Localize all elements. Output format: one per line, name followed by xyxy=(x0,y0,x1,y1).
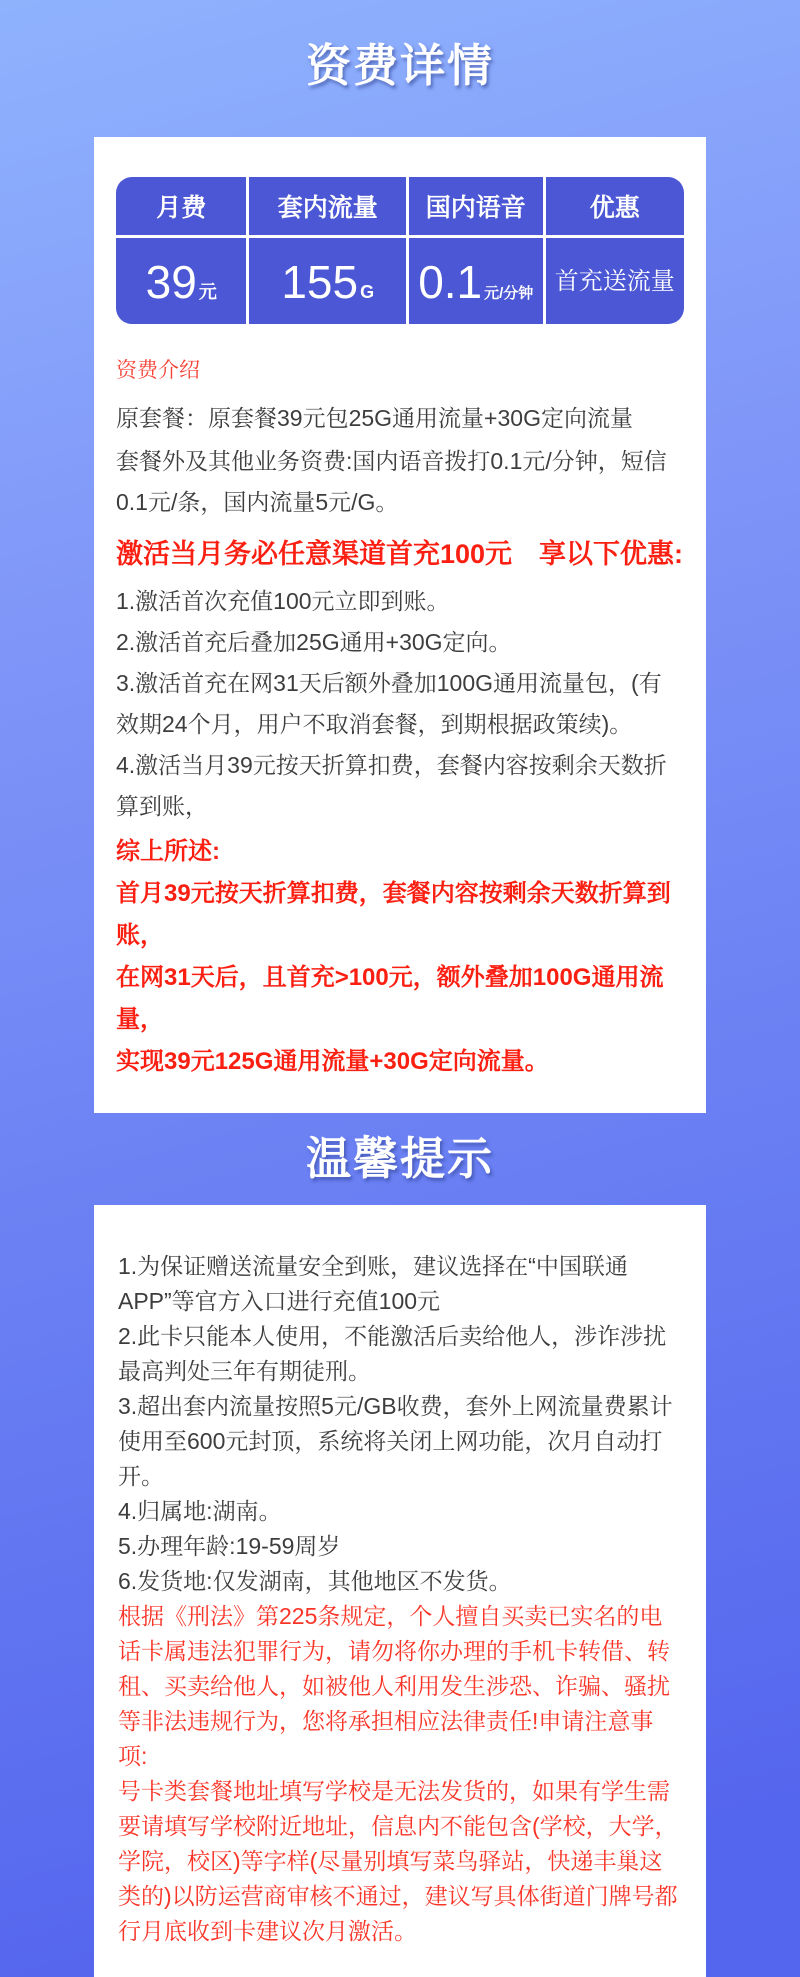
included-data-unit: G xyxy=(360,282,374,303)
included-data-amount: 155 xyxy=(281,252,358,312)
tip-item-6: 6.发货地:仅发湖南，其他地区不发货。 xyxy=(118,1564,682,1599)
voice-rate-amount: 0.1 xyxy=(418,252,482,312)
plan-table-value-row: 39元 155G 0.1元/分钟 首充送流量 xyxy=(116,238,684,324)
monthly-fee-unit: 元 xyxy=(199,278,217,304)
plan-header-monthly-fee: 月费 xyxy=(116,177,246,235)
summary-line-2: 在网31天后，且首充>100元，额外叠加100G通用流量， xyxy=(116,957,684,1041)
tips-section-title: 温馨提示 xyxy=(0,1113,800,1191)
benefit-item-4: 4.激活当月39元按天折算扣费，套餐内容按剩余天数折算到账， xyxy=(116,745,684,827)
plan-value-domestic-voice: 0.1元/分钟 xyxy=(409,238,542,324)
summary-line-3: 实现39元125G通用流量+30G定向流量。 xyxy=(116,1041,684,1083)
fees-card: 月费 套内流量 国内语音 优惠 39元 155G 0.1元/分钟 首充送流量 xyxy=(94,137,706,1113)
voice-rate-unit: 元/分钟 xyxy=(484,282,533,303)
plan-table: 月费 套内流量 国内语音 优惠 39元 155G 0.1元/分钟 首充送流量 xyxy=(116,177,684,324)
tip-item-2: 2.此卡只能本人使用，不能激活后卖给他人，涉诈涉扰最高判处三年有期徒刑。 xyxy=(118,1319,682,1389)
plan-header-domestic-voice: 国内语音 xyxy=(409,177,542,235)
legal-warning-text: 根据《刑法》第225条规定，个人擅自买卖已实名的电话卡属违法犯罪行为，请勿将你办… xyxy=(118,1599,682,1774)
tip-item-5: 5.办理年龄:19-59周岁 xyxy=(118,1529,682,1564)
plan-header-included-data: 套内流量 xyxy=(249,177,406,235)
fees-intro-label: 资费介绍 xyxy=(116,354,684,384)
plan-table-header-row: 月费 套内流量 国内语音 优惠 xyxy=(116,177,684,235)
activation-heading: 激活当月务必任意渠道首充100元 享以下优惠: xyxy=(116,531,684,577)
original-plan-text: 原套餐：原套餐39元包25G通用流量+30G定向流量 xyxy=(116,398,684,439)
promo-text: 首充送流量 xyxy=(555,252,675,312)
plan-value-promo: 首充送流量 xyxy=(546,238,685,324)
fees-section-title: 资费详情 xyxy=(0,0,800,98)
benefit-item-1: 1.激活首次充值100元立即到账。 xyxy=(116,581,684,622)
monthly-fee-amount: 39 xyxy=(146,252,197,312)
summary-label: 综上所述: xyxy=(116,831,684,873)
tip-item-4: 4.归属地:湖南。 xyxy=(118,1494,682,1529)
extra-fees-text: 套餐外及其他业务资费:国内语音拨打0.1元/分钟，短信0.1元/条，国内流量5元… xyxy=(116,441,684,523)
page-background: 资费详情 月费 套内流量 国内语音 优惠 39元 155G 0.1元/分钟 xyxy=(0,0,800,1977)
benefit-item-2: 2.激活首充后叠加25G通用+30G定向。 xyxy=(116,622,684,663)
tip-item-3: 3.超出套内流量按照5元/GB收费，套外上网流量费累计使用至600元封顶，系统将… xyxy=(118,1389,682,1494)
summary-line-1: 首月39元按天折算扣费，套餐内容按剩余天数折算到账， xyxy=(116,873,684,957)
shipping-warning-text: 号卡类套餐地址填写学校是无法发货的，如果有学生需要请填写学校附近地址，信息内不能… xyxy=(118,1774,682,1949)
plan-value-monthly-fee: 39元 xyxy=(116,238,246,324)
tip-item-1: 1.为保证赠送流量安全到账，建议选择在“中国联通APP”等官方入口进行充值100… xyxy=(118,1249,682,1319)
benefit-item-3: 3.激活首充在网31天后额外叠加100G通用流量包，(有效期24个月，用户不取消… xyxy=(116,663,684,745)
plan-header-promo: 优惠 xyxy=(546,177,685,235)
plan-value-included-data: 155G xyxy=(249,238,406,324)
tips-card: 1.为保证赠送流量安全到账，建议选择在“中国联通APP”等官方入口进行充值100… xyxy=(94,1205,706,1977)
